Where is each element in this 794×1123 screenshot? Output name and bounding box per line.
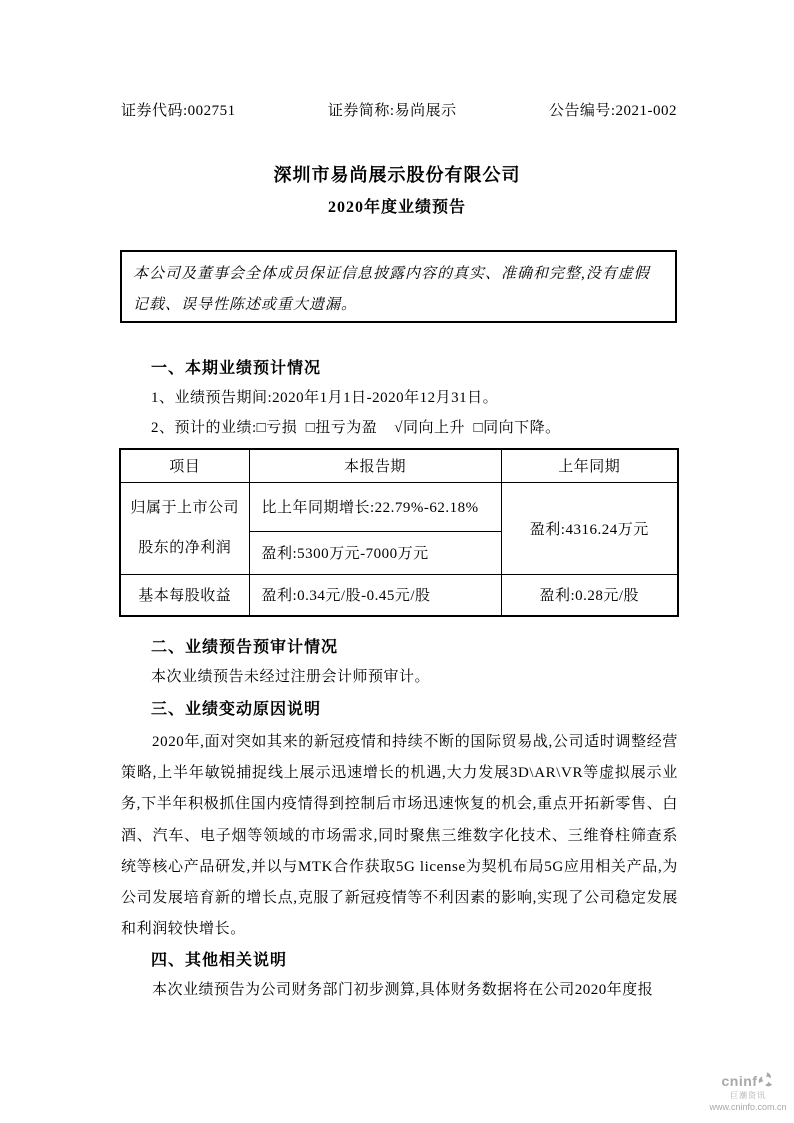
forecast-type-checkbox-line: 2、预计的业绩:□亏损 □扭亏为盈 √同向上升 □同向下降。 — [151, 416, 561, 437]
cell-profit-range: 盈利:5300万元-7000万元 — [249, 531, 501, 574]
cell-eps-current: 盈利:0.34元/股-0.45元/股 — [249, 574, 501, 616]
section4-heading: 四、其他相关说明 — [151, 947, 287, 970]
cninfo-chinese-name: 巨潮资讯 — [706, 1092, 790, 1101]
disclaimer-text: 本公司及董事会全体成员保证信息披露内容的真实、准确和完整,没有虚假记载、误导性陈… — [133, 266, 650, 313]
section3-paragraph: 2020年,面对突如其来的新冠疫情和持续不断的国际贸易战,公司适时调整经营策略,… — [121, 727, 678, 945]
cell-prior-profit: 盈利:4316.24万元 — [501, 482, 678, 574]
document-subtitle: 2020年度业绩预告 — [0, 194, 794, 217]
cell-eps-label: 基本每股收益 — [120, 574, 249, 616]
table-header-row: 项目 本报告期 上年同期 — [120, 449, 678, 482]
section4-body: 本次业绩预告为公司财务部门初步测算,具体财务数据将在公司2020年度报 — [121, 978, 678, 999]
header-prior-period: 上年同期 — [501, 449, 678, 482]
section3-heading: 三、业绩变动原因说明 — [151, 696, 321, 719]
table-row-eps: 基本每股收益 盈利:0.34元/股-0.45元/股 盈利:0.28元/股 — [120, 574, 678, 616]
company-title: 深圳市易尚展示股份有限公司 — [0, 161, 794, 187]
section2-body: 本次业绩预告未经过注册会计师预审计。 — [151, 665, 430, 686]
header-current-period: 本报告期 — [249, 449, 501, 482]
stock-short-name: 证券简称:易尚展示 — [328, 99, 457, 120]
cell-growth-rate: 比上年同期增长:22.79%-62.18% — [249, 482, 501, 531]
disclaimer-box: 本公司及董事会全体成员保证信息披露内容的真实、准确和完整,没有虚假记载、误导性陈… — [120, 250, 677, 323]
cninfo-url: www.cninfo.com.cn — [706, 1103, 790, 1113]
section2-heading: 二、业绩预告预审计情况 — [151, 634, 338, 657]
cell-eps-prior: 盈利:0.28元/股 — [501, 574, 678, 616]
document-meta-row: 证券代码:002751 证券简称:易尚展示 公告编号:2021-002 — [121, 99, 677, 120]
section1-heading: 一、本期业绩预计情况 — [151, 355, 321, 378]
cninfo-watermark: cninf 巨潮资讯 www.cninfo.com.cn — [706, 1072, 790, 1113]
cninfo-brand-text: cninf — [722, 1074, 758, 1089]
stock-code: 证券代码:002751 — [121, 99, 236, 120]
earnings-forecast-table: 项目 本报告期 上年同期 归属于上市公司股东的净利润 比上年同期增长:22.79… — [119, 448, 679, 617]
cninfo-swirl-icon — [758, 1072, 774, 1091]
forecast-period-line: 1、业绩预告期间:2020年1月1日-2020年12月31日。 — [151, 386, 498, 407]
table-row-net-profit-growth: 归属于上市公司股东的净利润 比上年同期增长:22.79%-62.18% 盈利:4… — [120, 482, 678, 531]
header-item: 项目 — [120, 449, 249, 482]
cell-net-profit-label: 归属于上市公司股东的净利润 — [120, 482, 249, 574]
announcement-number: 公告编号:2021-002 — [549, 99, 677, 120]
